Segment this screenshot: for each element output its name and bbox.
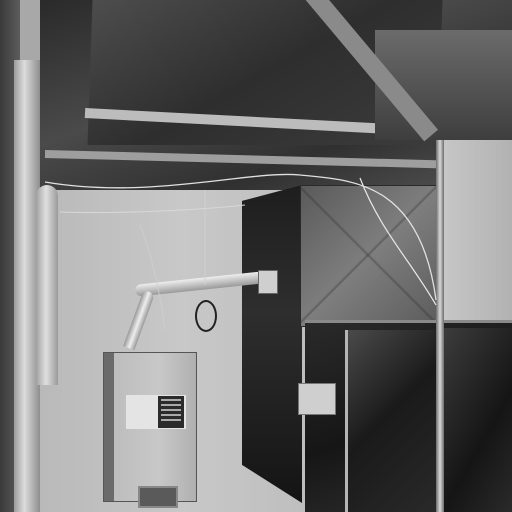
photo-scene xyxy=(0,0,512,512)
wires xyxy=(0,0,512,512)
